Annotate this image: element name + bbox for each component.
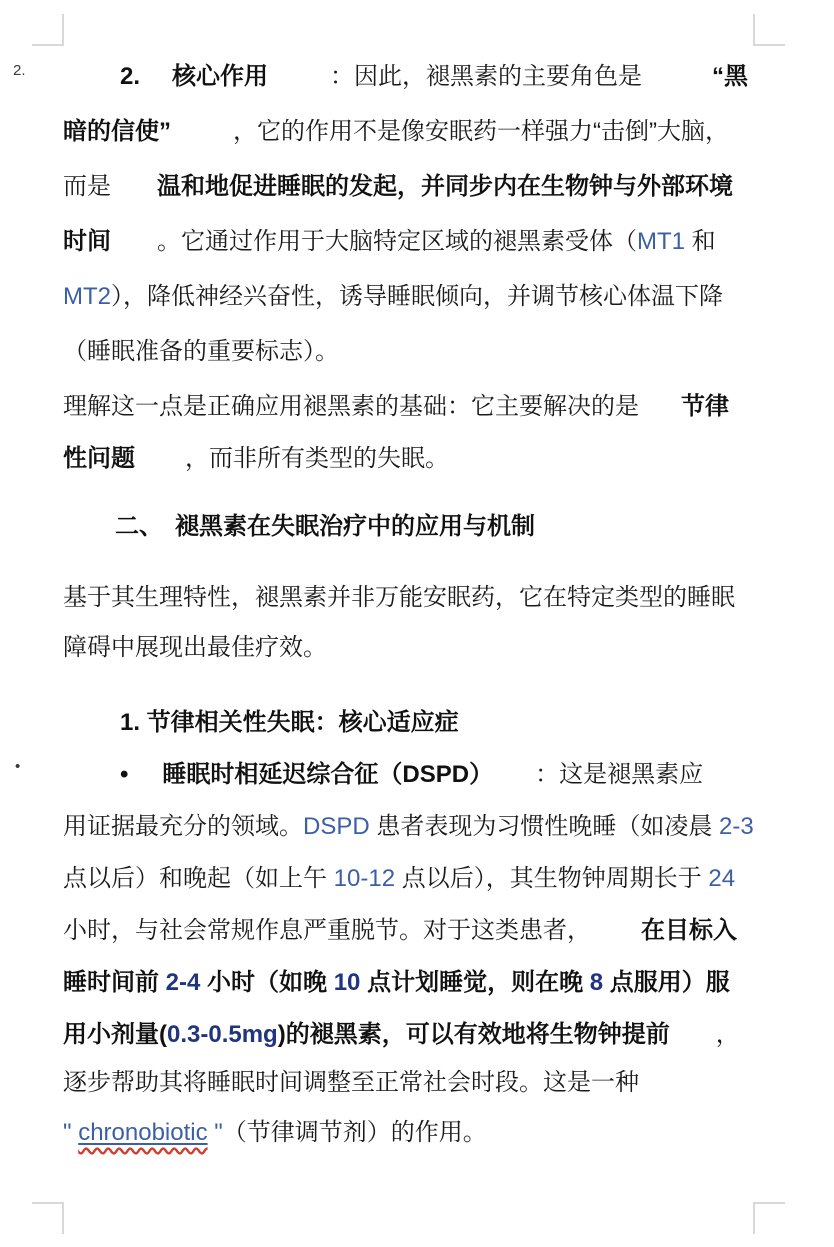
text-line: 1. 节律相关性失眠：核心适应症 [63, 708, 777, 738]
text-run: 睡时间前 [63, 968, 166, 998]
text-line: （睡眠准备的重要标志）。 [63, 337, 777, 367]
text-line: 小时，与社会常规作息严重脱节。对于这类患者，在目标入 [63, 916, 777, 946]
margin-list-bullet: • [15, 758, 20, 775]
text-run: ，而非所有类型的失眠。 [185, 444, 449, 474]
text-line: 时间。它通过作用于大脑特定区域的褪黑素受体（MT1 和 [63, 227, 777, 257]
text-run: 睡眠时相延迟综合征（DSPD） [162, 760, 493, 790]
text-run: 点服用）服 [603, 968, 730, 998]
text-run: 10 [334, 968, 361, 998]
spacer [268, 83, 330, 84]
text-line: 性问题，而非所有类型的失眠。 [63, 444, 777, 474]
text-run: “黑 [712, 62, 748, 92]
text-run: 8 [590, 968, 603, 998]
text-run: 核心作用 [172, 62, 268, 92]
text-run: 24 [708, 864, 735, 894]
text-run: )的褪黑素，可以有效地将生物钟提前 [278, 1020, 670, 1050]
text-run: 小时，与社会常规作息严重脱节。对于这类患者， [63, 916, 591, 946]
text-run: ），降低神经兴奋性，诱导睡眠倾向，并调节核心体温下降 [111, 282, 723, 312]
text-line: 用小剂量(0.3-0.5mg)的褪黑素，可以有效地将生物钟提前， [63, 1020, 777, 1050]
text-run: ：这是褪黑素应 [535, 760, 703, 790]
text-line: 理解这一点是正确应用褪黑素的基础：它主要解决的是节律 [63, 392, 777, 422]
text-run: 点计划睡觉，则在晚 [360, 968, 589, 998]
spacer [171, 138, 233, 139]
text-run: 节律 [681, 392, 729, 422]
text-line: 二、褪黑素在失眠治疗中的应用与机制 [63, 512, 777, 542]
text-line: 点以后）和晚起（如上午 10-12 点以后），其生物钟周期长于 24 [63, 864, 777, 894]
text-line: 而是温和地促进睡眠的发起，并同步内在生物钟与外部环境 [63, 172, 777, 202]
text-run: 褪黑素在失眠治疗中的应用与机制 [175, 512, 535, 542]
text-run: 性问题 [63, 444, 135, 474]
text-boundary-corner-top-left [32, 14, 64, 46]
text-run: 1. 节律相关性失眠：核心适应症 [120, 708, 459, 738]
text-line: 障碍中展现出最佳疗效。 [63, 633, 777, 663]
text-run: 而是 [63, 172, 111, 202]
document-page: 2.•2.核心作用：因此，褪黑素的主要角色是“黑暗的信使”，它的作用不是像安眠药… [0, 0, 834, 1247]
text-run: ，它的作用不是像安眠药一样强力“击倒”大脑， [233, 117, 729, 147]
text-line: 睡时间前 2-4 小时（如晚 10 点计划睡觉，则在晚 8 点服用）服 [63, 968, 777, 998]
text-run: 点以后）和晚起（如上午 [63, 864, 334, 894]
text-run: 。它通过作用于大脑特定区域的褪黑素受体（ [157, 227, 637, 257]
text-run: （睡眠准备的重要标志）。 [63, 337, 339, 367]
text-run: 点以后），其生物钟周期长于 [395, 864, 708, 894]
text-run: ：因此，褪黑素的主要角色是 [330, 62, 642, 92]
text-run: 用证据最充分的领域。 [63, 812, 303, 842]
text-run: 2-3 [719, 812, 754, 842]
text-line: 基于其生理特性，褪黑素并非万能安眠药，它在特定类型的睡眠 [63, 583, 777, 613]
text-line: MT2），降低神经兴奋性，诱导睡眠倾向，并调节核心体温下降 [63, 282, 777, 312]
spacer [639, 413, 681, 414]
text-line: 暗的信使”，它的作用不是像安眠药一样强力“击倒”大脑， [63, 117, 777, 147]
text-run: • [120, 760, 128, 790]
text-line: 2.核心作用：因此，褪黑素的主要角色是“黑 [63, 62, 777, 92]
spacer [111, 248, 157, 249]
text-run: 用小剂量( [63, 1020, 167, 1050]
text-run: " [63, 1118, 78, 1148]
spacer [63, 83, 120, 84]
text-run: 0.3-0.5mg [167, 1020, 278, 1050]
text-line: " chronobiotic "（节律调节剂）的作用。 [63, 1118, 777, 1148]
text-run: 在目标入 [641, 916, 737, 946]
text-run: ， [716, 1020, 740, 1050]
text-run: chronobiotic [78, 1119, 207, 1146]
spacer [63, 533, 115, 534]
margin-list-number: 2. [13, 62, 26, 79]
spacer [63, 781, 120, 782]
text-run: 2-4 [166, 968, 201, 998]
text-boundary-corner-bottom-left [32, 1202, 64, 1234]
text-run: 温和地促进睡眠的发起，并同步内在生物钟与外部环境 [157, 172, 733, 202]
spacer [135, 465, 185, 466]
text-run: 障碍中展现出最佳疗效。 [63, 633, 327, 663]
text-run: 患者表现为习惯性晚睡（如凌晨 [370, 812, 719, 842]
text-run: 和 [685, 227, 716, 257]
spacer [670, 1041, 716, 1042]
text-line: 逐步帮助其将睡眠时间调整至正常社会时段。这是一种 [63, 1068, 777, 1098]
text-run: 二、 [115, 512, 163, 542]
spellcheck-underlined-word: chronobiotic [78, 1118, 207, 1148]
spacer [163, 533, 175, 534]
text-run: 小时（如晚 [200, 968, 333, 998]
text-run: " [208, 1118, 223, 1148]
spacer [140, 83, 172, 84]
text-run: 时间 [63, 227, 111, 257]
spacer [591, 937, 641, 938]
text-run: （节律调节剂）的作用。 [223, 1118, 487, 1148]
text-boundary-corner-bottom-right [753, 1202, 785, 1234]
text-run: 基于其生理特性，褪黑素并非万能安眠药，它在特定类型的睡眠 [63, 583, 735, 613]
text-run: 理解这一点是正确应用褪黑素的基础：它主要解决的是 [63, 392, 639, 422]
spacer [128, 781, 162, 782]
text-run: 10-12 [334, 864, 395, 894]
spacer [63, 729, 120, 730]
spacer [493, 781, 535, 782]
text-line: •睡眠时相延迟综合征（DSPD）：这是褪黑素应 [63, 760, 777, 790]
spacer [642, 83, 712, 84]
text-run: MT2 [63, 282, 111, 312]
text-run: 2. [120, 62, 140, 92]
text-line: 用证据最充分的领域。DSPD 患者表现为习惯性晚睡（如凌晨 2-3 [63, 812, 777, 842]
text-boundary-corner-top-right [753, 14, 785, 46]
text-run: 逐步帮助其将睡眠时间调整至正常社会时段。这是一种 [63, 1068, 639, 1098]
text-run: DSPD [303, 812, 370, 842]
text-run: 暗的信使” [63, 117, 171, 147]
text-run: MT1 [637, 227, 685, 257]
spacer [111, 193, 157, 194]
